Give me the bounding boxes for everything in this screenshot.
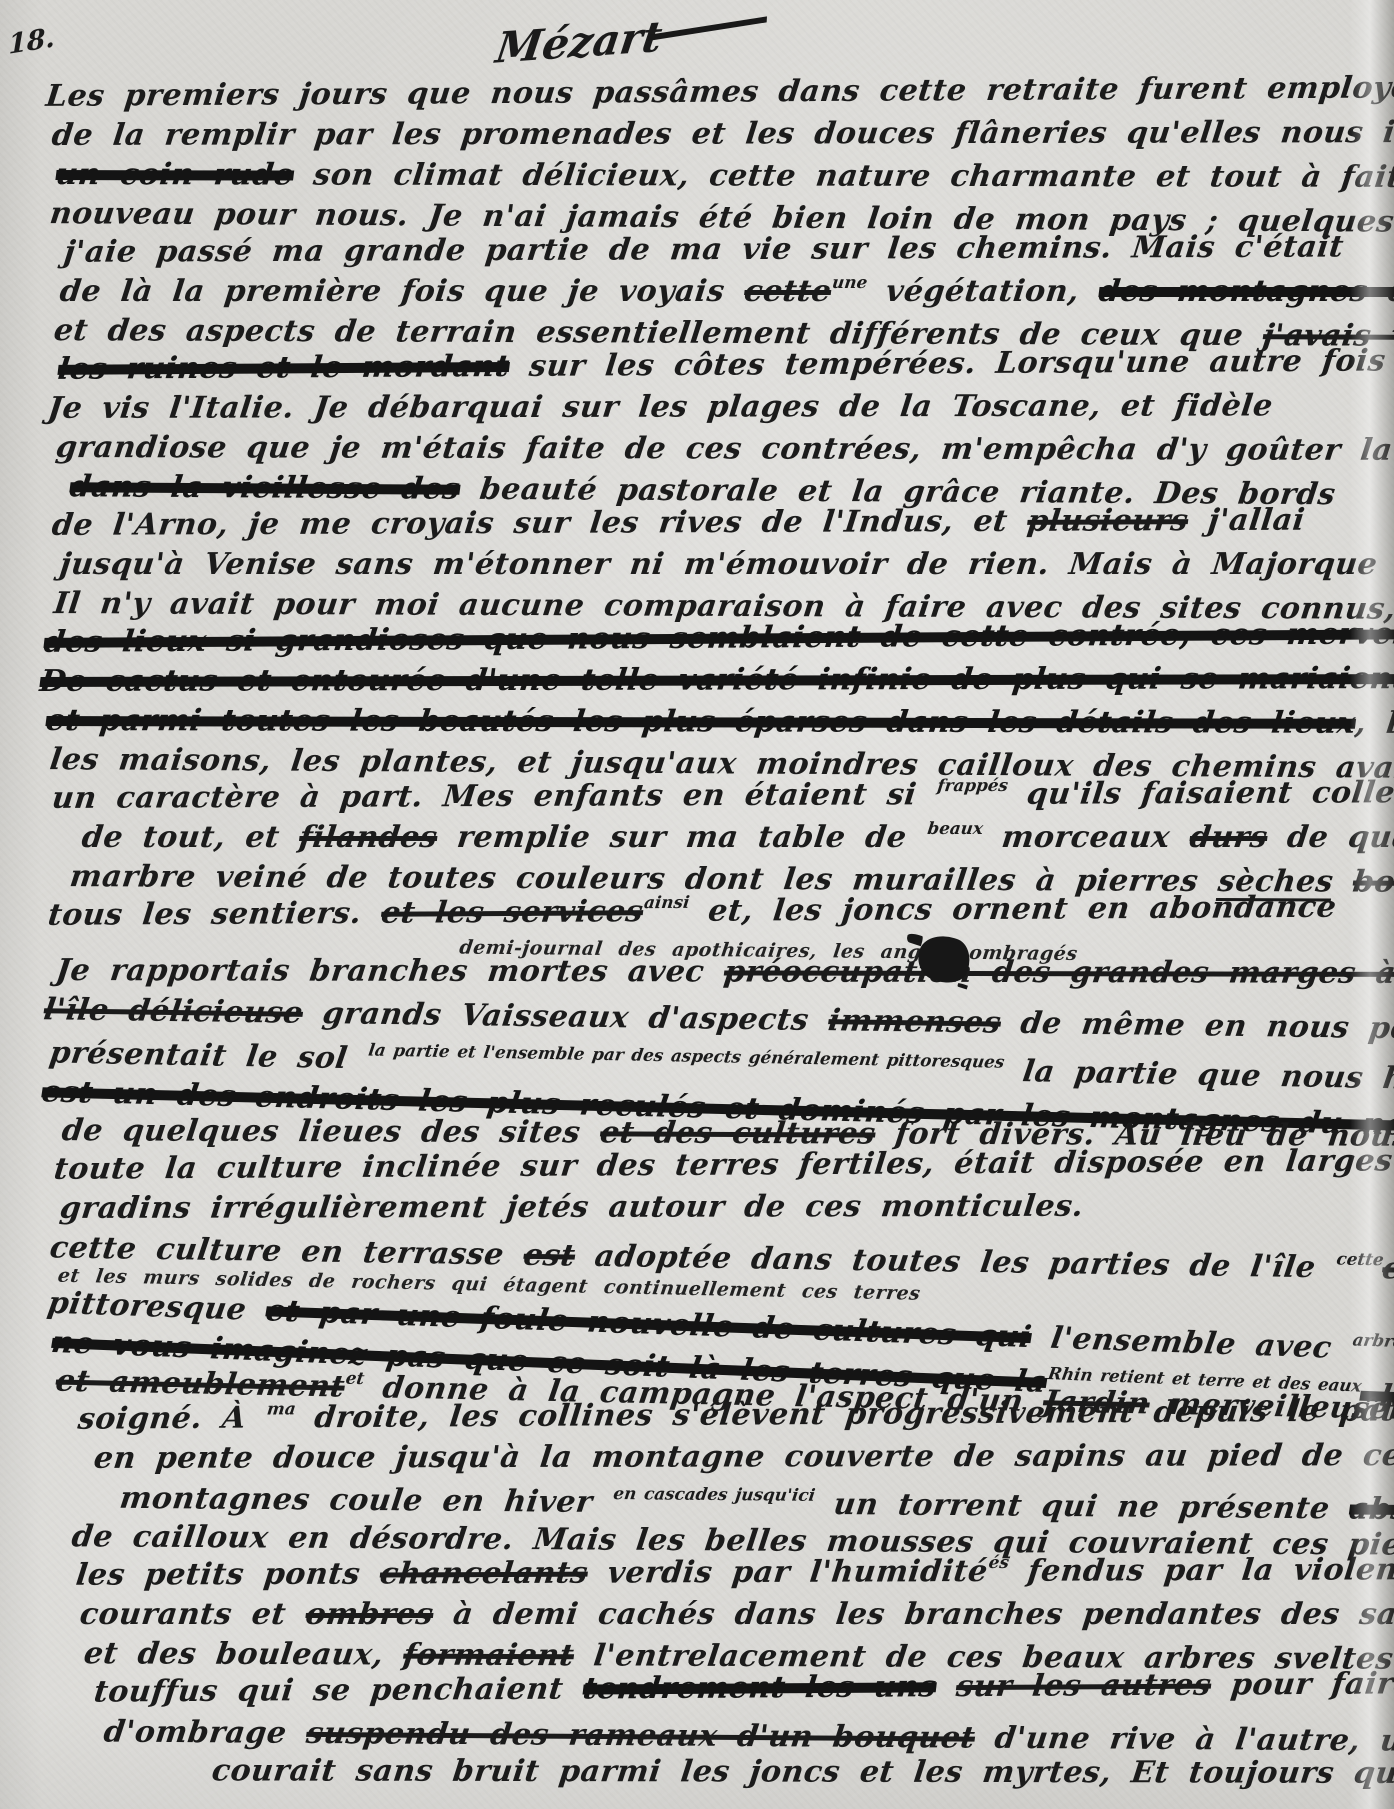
manuscript-line: de la remplir par les promenades et les … [28, 118, 1376, 151]
text-segment: pittoresque [45, 1286, 269, 1329]
text-segment: de la remplir par les promenades et les … [50, 115, 1394, 153]
text-segment: à demi cachés dans les branches pendante… [431, 1597, 1394, 1632]
manuscript-line: de tout, et filandes remplie sur ma tabl… [28, 823, 1376, 853]
manuscript-line: Je rapportais branches mortes avec préoc… [28, 956, 1375, 989]
struck-segment: immenses [826, 1003, 1003, 1040]
text-segment: présentait le sol [47, 1035, 369, 1076]
manuscript-text-block: Les premiers jours que nous passâmes dan… [30, 82, 1374, 1795]
text-segment: j'aie passé ma grande partie de ma vie s… [62, 230, 1346, 270]
manuscript-line: et parmi toutes les beautés les plus épa… [28, 706, 1375, 739]
manuscript-line: des lieux si grandioses que nous semblai… [28, 620, 1377, 658]
text-segment: et des bouleaux, [82, 1636, 406, 1672]
text-segment: de l'Arno, je me croyais sur les rives d… [50, 504, 1030, 543]
manuscript-line: toute la culture inclinée sur des terres… [28, 1147, 1377, 1185]
interlinear-insertion: és [988, 1552, 1011, 1572]
text-segment: montagnes coule en hiver [118, 1481, 615, 1520]
text-segment: de quelques lieues des sites [60, 1113, 603, 1150]
text-segment: les petits ponts [74, 1557, 382, 1593]
interlinear-insertion: cette [1335, 1248, 1385, 1269]
header-word-text: Mézart [493, 12, 665, 73]
manuscript-page: 18. Mézart Les premiers jours que nous p… [0, 0, 1394, 1809]
text-segment: courants et [78, 1597, 308, 1632]
struck-segment: plusieurs [1025, 503, 1190, 539]
interlinear-insertion: en cascades jusqu'ici [612, 1483, 816, 1505]
header-word: Mézart [493, 4, 769, 72]
text-segment: courait sans bruit parmi les joncs et le… [210, 1754, 1394, 1792]
interlinear-insertion: beaux [926, 818, 984, 838]
struck-segment: suspendu des rameaux d'un bouquet [304, 1716, 977, 1756]
manuscript-line: montagnes coule en hiver en cascades jus… [28, 1483, 1374, 1525]
text-segment: de même en nous persista tout Quel [998, 1006, 1394, 1051]
text-segment: pour faire un berceau [1209, 1665, 1394, 1703]
struck-segment: chancelants [378, 1556, 590, 1592]
text-segment: végétation, [864, 274, 1101, 309]
heavy-struck-segment: les ruines et le mordant [56, 349, 511, 387]
text-segment: morceaux [980, 820, 1192, 855]
struck-segment: filandes [297, 820, 439, 855]
text-segment: tous les sentiers. [46, 896, 383, 933]
text-segment: grands Vaisseaux d'aspects [300, 996, 830, 1038]
struck-segment: durs [1188, 820, 1270, 855]
heavy-struck-segment: tendrement les uns [581, 1670, 938, 1707]
manuscript-line: Je vis l'Italie. Je débarquai sur les pl… [28, 391, 1376, 424]
text-segment: sur les côtes tempérées. Lorsqu'une autr… [507, 343, 1394, 384]
manuscript-line: courants et ombres à demi cachés dans le… [28, 1600, 1376, 1630]
manuscript-line: touffus qui se penchaient tendrement les… [28, 1670, 1377, 1708]
text-segment: Je vis l'Italie. Je débarquai sur les pl… [46, 388, 1275, 426]
text-segment: touffus qui se penchaient [92, 1672, 585, 1710]
text-segment: en pente douce jusqu'à la montagne couve… [92, 1438, 1394, 1476]
manuscript-line: De cactus et entourée d'une telle variét… [28, 664, 1376, 697]
text-segment: Les premiers jours que nous passâmes dan… [44, 70, 1394, 114]
struck-segment: cette [742, 274, 833, 309]
interlinear-insertion: ma [266, 1398, 297, 1418]
manuscript-line: les petits ponts chancelants verdis par … [28, 1556, 1376, 1592]
struck-segment: est [521, 1238, 577, 1274]
manuscript-line: gradins irrégulièrement jetés autour de … [28, 1191, 1376, 1224]
text-segment: j'allai [1186, 503, 1307, 538]
manuscript-line: en pente douce jusqu'à la montagne couve… [28, 1441, 1376, 1474]
text-segment: remplie sur ma table de [435, 820, 928, 855]
text-segment: de tout, et [80, 820, 302, 855]
manuscript-line: de l'Arno, je me croyais sur les rives d… [28, 505, 1376, 541]
text-segment: grandiose que je m'étais faite de ces co… [54, 430, 1394, 468]
text-segment: , les hommes [1353, 706, 1394, 742]
struck-segment: ombres [304, 1597, 436, 1632]
heavy-struck-segment: et parmi toutes les beautés les plus épa… [44, 703, 1358, 741]
text-segment: soigné. À [76, 1401, 268, 1437]
page-number: 18. [8, 22, 55, 61]
heavy-struck-segment: De cactus et entourée d'une telle variét… [38, 661, 1394, 699]
text-segment: toute la culture inclinée sur des terres… [52, 1144, 1394, 1187]
struck-segment: l'île délicieuse [42, 992, 306, 1031]
text-segment: fendus par la violence des [1006, 1552, 1394, 1589]
text-segment: de quartz et de [1265, 820, 1394, 855]
interlinear-insertion: la partie et l'ensemble par des aspects … [367, 1039, 1006, 1071]
struck-segment: sur les autres [954, 1668, 1213, 1705]
text-segment: droite, les collines s'élèvent progressi… [293, 1393, 1394, 1436]
text-segment: un torrent qui ne présente [812, 1487, 1352, 1527]
interlinear-insertion: ainsi [643, 891, 691, 911]
struck-segment: préoccupation des grandes marges à peine [722, 954, 1394, 991]
heavy-struck-segment: des lieux si grandioses que nous semblai… [42, 616, 1394, 660]
struck-segment: et ameublement [53, 1364, 347, 1405]
manuscript-line: un coin rude son climat délicieux, cette… [28, 160, 1375, 193]
struck-segment: et les services [379, 894, 645, 931]
heavy-struck-segment: dans la vieillesse des [68, 469, 463, 506]
text-segment: verdis par l'humidité [586, 1554, 990, 1591]
text-segment: la partie que nous habitions alors nommé… [1001, 1054, 1394, 1105]
interlinear-insertion: et [345, 1367, 366, 1387]
manuscript-line: courait sans bruit parmi les joncs et le… [28, 1756, 1375, 1789]
text-segment: jusqu'à Venise sans m'étonner ni m'émouv… [58, 547, 1380, 582]
text-segment: son climat délicieux, cette nature charm… [291, 158, 1394, 195]
interlinear-insertion: frappés [936, 774, 1009, 794]
heavy-struck-segment: des montagnes et des [1097, 274, 1394, 309]
text-segment: qu'ils faisaient collection [1005, 775, 1394, 812]
heavy-struck-segment: un coin rude [54, 157, 296, 192]
manuscript-line: d'ombrage suspendu des rameaux d'un bouq… [28, 1717, 1375, 1756]
text-segment: un caractère à part. Mes enfants en étai… [50, 777, 938, 816]
manuscript-line: tous les sentiers. et les servicesainsi … [28, 893, 1377, 931]
text-segment: l'ensemble avec [1029, 1320, 1355, 1366]
manuscript-line: j'aie passé ma grande partie de ma vie s… [28, 232, 1376, 268]
manuscript-line: grandiose que je m'étais faite de ces co… [28, 433, 1375, 466]
text-segment: gradins irrégulièrement jetés autour de … [58, 1189, 1086, 1226]
header-flourish-stroke [648, 16, 767, 41]
manuscript-line: soigné. À ma droite, les collines s'élèv… [28, 1397, 1377, 1435]
interlinear-insertion: arbres [1351, 1329, 1394, 1351]
interlinear-insertion: une [831, 272, 869, 292]
manuscript-line: les ruines et le mordant sur les côtes t… [28, 347, 1377, 385]
text-segment: de là la première fois que je voyais [58, 274, 747, 309]
manuscript-line: un caractère à part. Mes enfants en étai… [28, 778, 1376, 814]
struck-segment: formaient [401, 1638, 576, 1674]
manuscript-line: l'île délicieuse grands Vaisseaux d'aspe… [28, 995, 1374, 1044]
text-segment: et, les joncs ornent en abondance [686, 890, 1338, 929]
text-segment: Je rapportais branches mortes avec [54, 953, 727, 989]
manuscript-line: jusqu'à Venise sans m'étonner ni m'émouv… [28, 550, 1376, 580]
heavy-struck-segment: absorbé [1347, 1492, 1394, 1528]
manuscript-line: Les premiers jours que nous passâmes dan… [28, 74, 1377, 112]
text-segment: d'ombrage [102, 1715, 309, 1751]
manuscript-line: de là la première fois que je voyais cet… [28, 277, 1376, 307]
